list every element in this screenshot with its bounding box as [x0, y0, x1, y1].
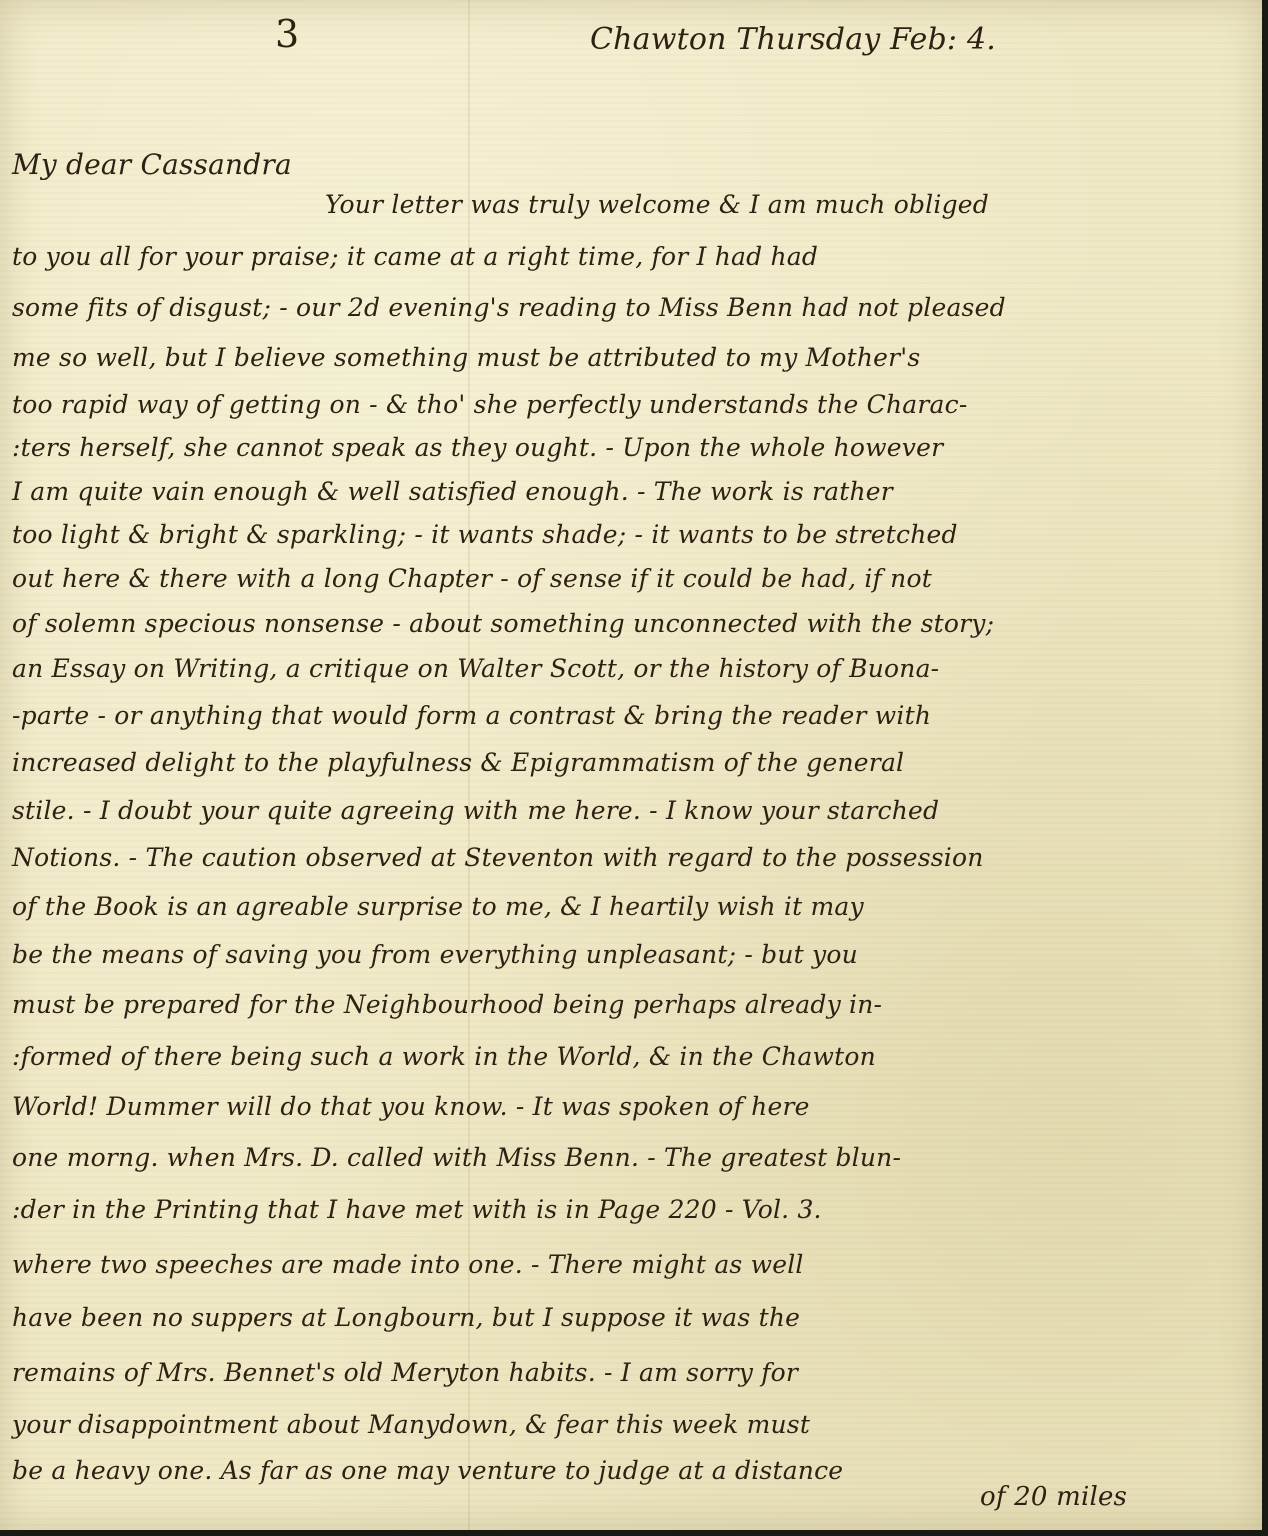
letter-line: one morng. when Mrs. D. called with Miss…: [12, 1143, 1252, 1172]
letter-line: of solemn specious nonsense - about some…: [12, 609, 1252, 638]
dateline: Chawton Thursday Feb: 4.: [590, 22, 996, 57]
letter-line: -parte - or anything that would form a c…: [12, 701, 1252, 730]
letter-line: out here & there with a long Chapter - o…: [12, 564, 1252, 593]
letter-line: have been no suppers at Longbourn, but I…: [12, 1303, 1252, 1332]
letter-line: Your letter was truly welcome & I am muc…: [325, 190, 1268, 219]
letter-line: remains of Mrs. Bennet's old Meryton hab…: [12, 1358, 1252, 1387]
letter-line: some fits of disgust; - our 2d evening's…: [12, 293, 1252, 322]
letter-line: of the Book is an agreable surprise to m…: [12, 892, 1252, 921]
letter-line: be a heavy one. As far as one may ventur…: [12, 1456, 1252, 1485]
closing-fragment: of 20 miles: [980, 1482, 1127, 1512]
letter-line: me so well, but I believe something must…: [12, 343, 1252, 372]
letter-line: your disappointment about Manydown, & fe…: [12, 1410, 1252, 1439]
letter-line: World! Dummer will do that you know. - I…: [12, 1092, 1252, 1121]
letter-line: too light & bright & sparkling; - it wan…: [12, 520, 1252, 549]
letter-line: :ters herself, she cannot speak as they …: [12, 433, 1252, 462]
letter-line: too rapid way of getting on - & tho' she…: [12, 390, 1252, 419]
letter-line: must be prepared for the Neighbourhood b…: [12, 990, 1252, 1019]
letter-line: where two speeches are made into one. - …: [12, 1250, 1252, 1279]
letter-line: :der in the Printing that I have met wit…: [12, 1195, 1252, 1224]
letter-line: stile. - I doubt your quite agreeing wit…: [12, 796, 1252, 825]
letter-line: increased delight to the playfulness & E…: [12, 748, 1252, 777]
letter-line: to you all for your praise; it came at a…: [12, 242, 1252, 271]
letter-line: :formed of there being such a work in th…: [12, 1042, 1252, 1071]
letter-line: be the means of saving you from everythi…: [12, 940, 1252, 969]
letter-line: Notions. - The caution observed at Steve…: [12, 843, 1252, 872]
page-number: 3: [275, 12, 299, 56]
manuscript-page: 3 Chawton Thursday Feb: 4. My dear Cassa…: [0, 0, 1262, 1530]
letter-line: I am quite vain enough & well satisfied …: [12, 477, 1252, 506]
letter-line: an Essay on Writing, a critique on Walte…: [12, 654, 1252, 683]
salutation: My dear Cassandra: [12, 148, 292, 181]
